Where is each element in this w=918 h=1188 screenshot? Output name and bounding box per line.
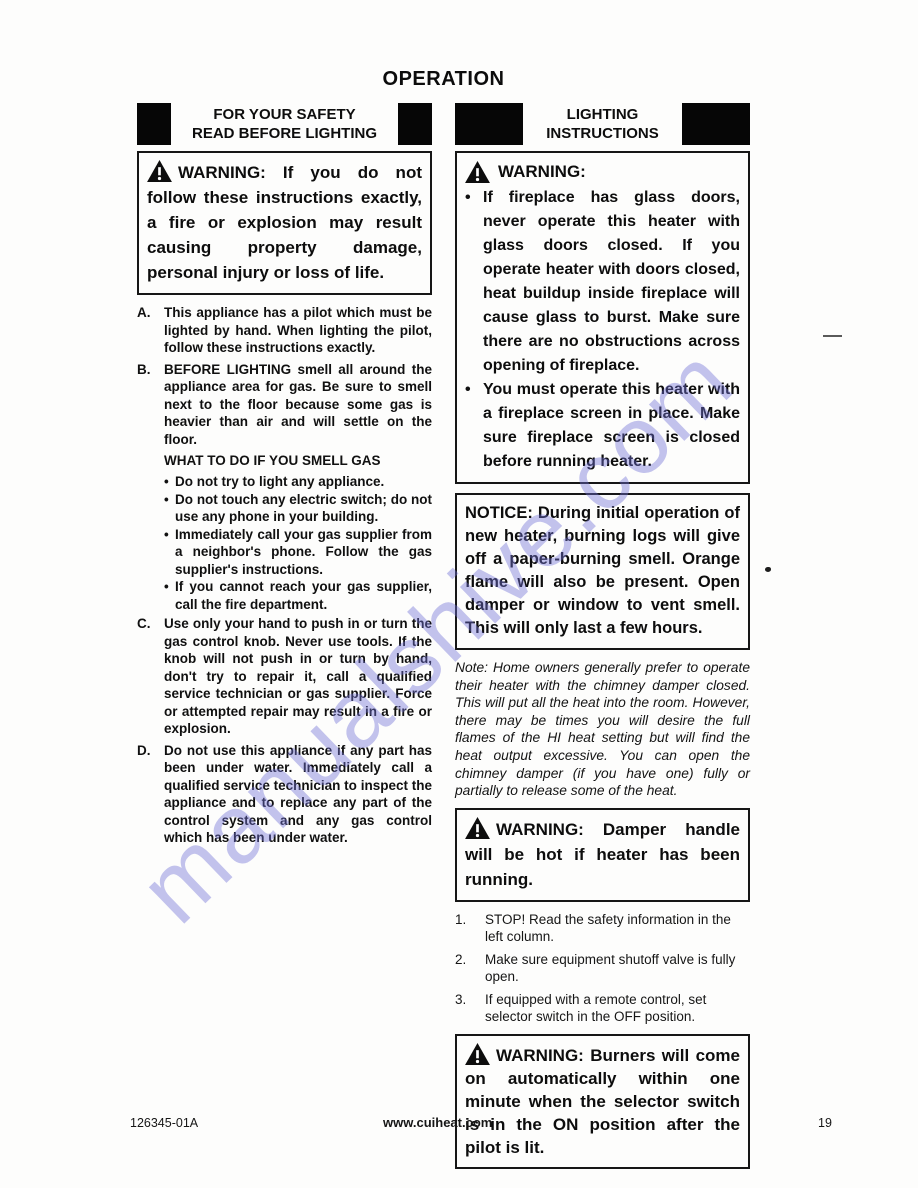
list-item-d: D. Do not use this appliance if any part… bbox=[137, 742, 432, 847]
lighting-header-line2: INSTRUCTIONS bbox=[523, 124, 682, 143]
part-number: 126345-01A bbox=[130, 1116, 198, 1130]
header-black-block bbox=[682, 103, 750, 145]
item-text: This appliance has a pilot which must be… bbox=[164, 304, 432, 357]
list-item-b: B. BEFORE LIGHTING smell all around the … bbox=[137, 361, 432, 449]
safety-header-line2: READ BEFORE LIGHTING bbox=[171, 124, 398, 143]
burners-warning-body: WARNING: Burners will come on automatica… bbox=[465, 1046, 740, 1157]
content-columns: FOR YOUR SAFETY READ BEFORE LIGHTING WAR… bbox=[137, 103, 750, 1178]
step-item: 1. STOP! Read the safety information in … bbox=[455, 911, 750, 946]
lighting-header-text: LIGHTING INSTRUCTIONS bbox=[523, 103, 682, 145]
warning-title: WARNING: bbox=[465, 160, 740, 184]
warning-icon bbox=[465, 817, 490, 839]
header-black-block bbox=[455, 103, 523, 145]
bullet-text: Immediately call your gas supplier from … bbox=[175, 526, 432, 579]
smell-gas-bullet: • Do not try to light any appliance. bbox=[164, 473, 432, 491]
bullet-text: If you cannot reach your gas supplier, c… bbox=[175, 578, 432, 613]
step-number: 3. bbox=[455, 991, 485, 1026]
damper-warning-body: WARNING: Damper handle will be hot if he… bbox=[465, 820, 740, 889]
bullet-marker: • bbox=[465, 186, 483, 378]
item-text: Do not use this appliance if any part ha… bbox=[164, 742, 432, 847]
step-item: 3. If equipped with a remote control, se… bbox=[455, 991, 750, 1026]
bullet-marker: • bbox=[164, 473, 175, 491]
safety-header-line1: FOR YOUR SAFETY bbox=[171, 105, 398, 124]
item-letter: D. bbox=[137, 742, 164, 847]
page-footer: 126345-01A www.cuiheat.com 19 bbox=[0, 1114, 918, 1134]
item-letter: A. bbox=[137, 304, 164, 357]
warning-bullet: • You must operate this heater with a fi… bbox=[465, 378, 740, 474]
bullet-text: You must operate this heater with a fire… bbox=[483, 378, 740, 474]
manual-page: OPERATION FOR YOUR SAFETY READ BEFORE LI… bbox=[0, 0, 918, 1188]
damper-warning-box: WARNING: Damper handle will be hot if he… bbox=[455, 808, 750, 902]
step-number: 1. bbox=[455, 911, 485, 946]
bullet-marker: • bbox=[164, 491, 175, 526]
lighting-header: LIGHTING INSTRUCTIONS bbox=[455, 103, 750, 145]
step-text: If equipped with a remote control, set s… bbox=[485, 991, 750, 1026]
safety-header: FOR YOUR SAFETY READ BEFORE LIGHTING bbox=[137, 103, 432, 145]
smell-gas-block: WHAT TO DO IF YOU SMELL GAS • Do not try… bbox=[164, 452, 432, 613]
item-text: Use only your hand to push in or turn th… bbox=[164, 615, 432, 738]
item-text: BEFORE LIGHTING smell all around the app… bbox=[164, 361, 432, 449]
notice-box: NOTICE: During initial operation of new … bbox=[455, 493, 750, 650]
website-text: www.cuiheat.com bbox=[383, 1115, 492, 1130]
smell-gas-bullet: • Immediately call your gas supplier fro… bbox=[164, 526, 432, 579]
note-paragraph: Note: Home owners generally prefer to op… bbox=[455, 659, 750, 800]
smell-gas-bullet: • If you cannot reach your gas supplier,… bbox=[164, 578, 432, 613]
smell-gas-bullet: • Do not touch any electric switch; do n… bbox=[164, 491, 432, 526]
notice-text: NOTICE: During initial operation of new … bbox=[465, 502, 740, 640]
item-letter: B. bbox=[137, 361, 164, 449]
step-number: 2. bbox=[455, 951, 485, 986]
header-black-block bbox=[398, 103, 432, 145]
bullet-marker: • bbox=[465, 378, 483, 474]
right-column: LIGHTING INSTRUCTIONS WARNING: • If fire… bbox=[455, 103, 750, 1178]
warning-icon bbox=[465, 1043, 490, 1065]
safety-warning-body: WARNING: If you do not follow these inst… bbox=[147, 163, 422, 282]
header-black-block bbox=[137, 103, 171, 145]
step-text: Make sure equipment shutoff valve is ful… bbox=[485, 951, 750, 986]
page-number: 19 bbox=[818, 1116, 832, 1130]
warning-title-text: WARNING: bbox=[498, 160, 586, 184]
warning-icon bbox=[465, 161, 490, 183]
list-item-a: A. This appliance has a pilot which must… bbox=[137, 304, 432, 357]
list-item-c: C. Use only your hand to push in or turn… bbox=[137, 615, 432, 738]
bullet-text: Do not touch any electric switch; do not… bbox=[175, 491, 432, 526]
burners-warning-box: WARNING: Burners will come on automatica… bbox=[455, 1034, 750, 1169]
left-column: FOR YOUR SAFETY READ BEFORE LIGHTING WAR… bbox=[137, 103, 432, 1178]
scan-artifact-dash bbox=[823, 335, 842, 337]
bullet-marker: • bbox=[164, 526, 175, 579]
lighting-steps: 1. STOP! Read the safety information in … bbox=[455, 911, 750, 1026]
warning-bullet: • If fireplace has glass doors, never op… bbox=[465, 186, 740, 378]
safety-warning-text: WARNING: If you do not follow these inst… bbox=[147, 160, 422, 285]
safety-warning-box: WARNING: If you do not follow these inst… bbox=[137, 151, 432, 295]
bullet-text: If fireplace has glass doors, never oper… bbox=[483, 186, 740, 378]
glass-doors-warning-box: WARNING: • If fireplace has glass doors,… bbox=[455, 151, 750, 484]
step-item: 2. Make sure equipment shutoff valve is … bbox=[455, 951, 750, 986]
bullet-marker: • bbox=[164, 578, 175, 613]
burners-warning-text: WARNING: Burners will come on automatica… bbox=[465, 1043, 740, 1159]
damper-warning-text: WARNING: Damper handle will be hot if he… bbox=[465, 817, 740, 892]
safety-header-text: FOR YOUR SAFETY READ BEFORE LIGHTING bbox=[171, 103, 398, 145]
scan-artifact-dot bbox=[765, 567, 771, 572]
smell-gas-heading: WHAT TO DO IF YOU SMELL GAS bbox=[164, 452, 432, 470]
warning-icon bbox=[147, 160, 172, 182]
item-letter: C. bbox=[137, 615, 164, 738]
bullet-text: Do not try to light any appliance. bbox=[175, 473, 432, 491]
step-text: STOP! Read the safety information in the… bbox=[485, 911, 750, 946]
lighting-header-line1: LIGHTING bbox=[523, 105, 682, 124]
page-title: OPERATION bbox=[137, 68, 750, 91]
